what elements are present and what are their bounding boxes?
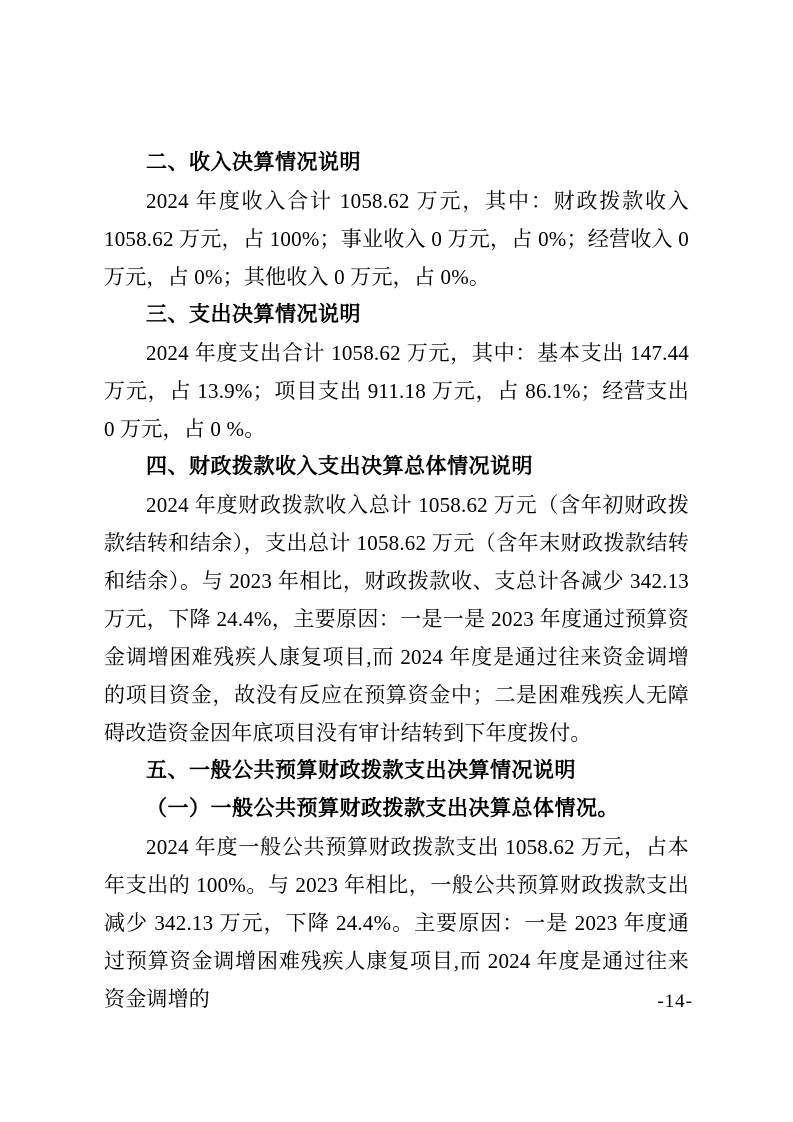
document-page: 二、收入决算情况说明 2024 年度收入合计 1058.62 万元，其中：财政拨… <box>0 0 793 1122</box>
heading-expenditure-final-accounts: 三、支出决算情况说明 <box>104 296 689 334</box>
subheading-general-public-budget-overall: （一）一般公共预算财政拨款支出决算总体情况。 <box>104 790 689 828</box>
paragraph-expenditure-final-accounts: 2024 年度支出合计 1058.62 万元，其中：基本支出 147.44 万元… <box>104 334 689 448</box>
heading-general-public-budget-expenditure: 五、一般公共预算财政拨款支出决算情况说明 <box>104 752 689 790</box>
document-body: 二、收入决算情况说明 2024 年度收入合计 1058.62 万元，其中：财政拨… <box>104 144 689 1018</box>
paragraph-revenue-final-accounts: 2024 年度收入合计 1058.62 万元，其中：财政拨款收入 1058.62… <box>104 182 689 296</box>
page-number: -14- <box>657 991 693 1013</box>
paragraph-fiscal-appropriation-overall: 2024 年度财政拨款收入总计 1058.62 万元（含年初财政拨款结转和结余）… <box>104 486 689 752</box>
paragraph-general-public-budget-overall: 2024 年度一般公共预算财政拨款支出 1058.62 万元，占本年支出的 10… <box>104 828 689 1018</box>
heading-fiscal-appropriation-overall: 四、财政拨款收入支出决算总体情况说明 <box>104 448 689 486</box>
heading-revenue-final-accounts: 二、收入决算情况说明 <box>104 144 689 182</box>
